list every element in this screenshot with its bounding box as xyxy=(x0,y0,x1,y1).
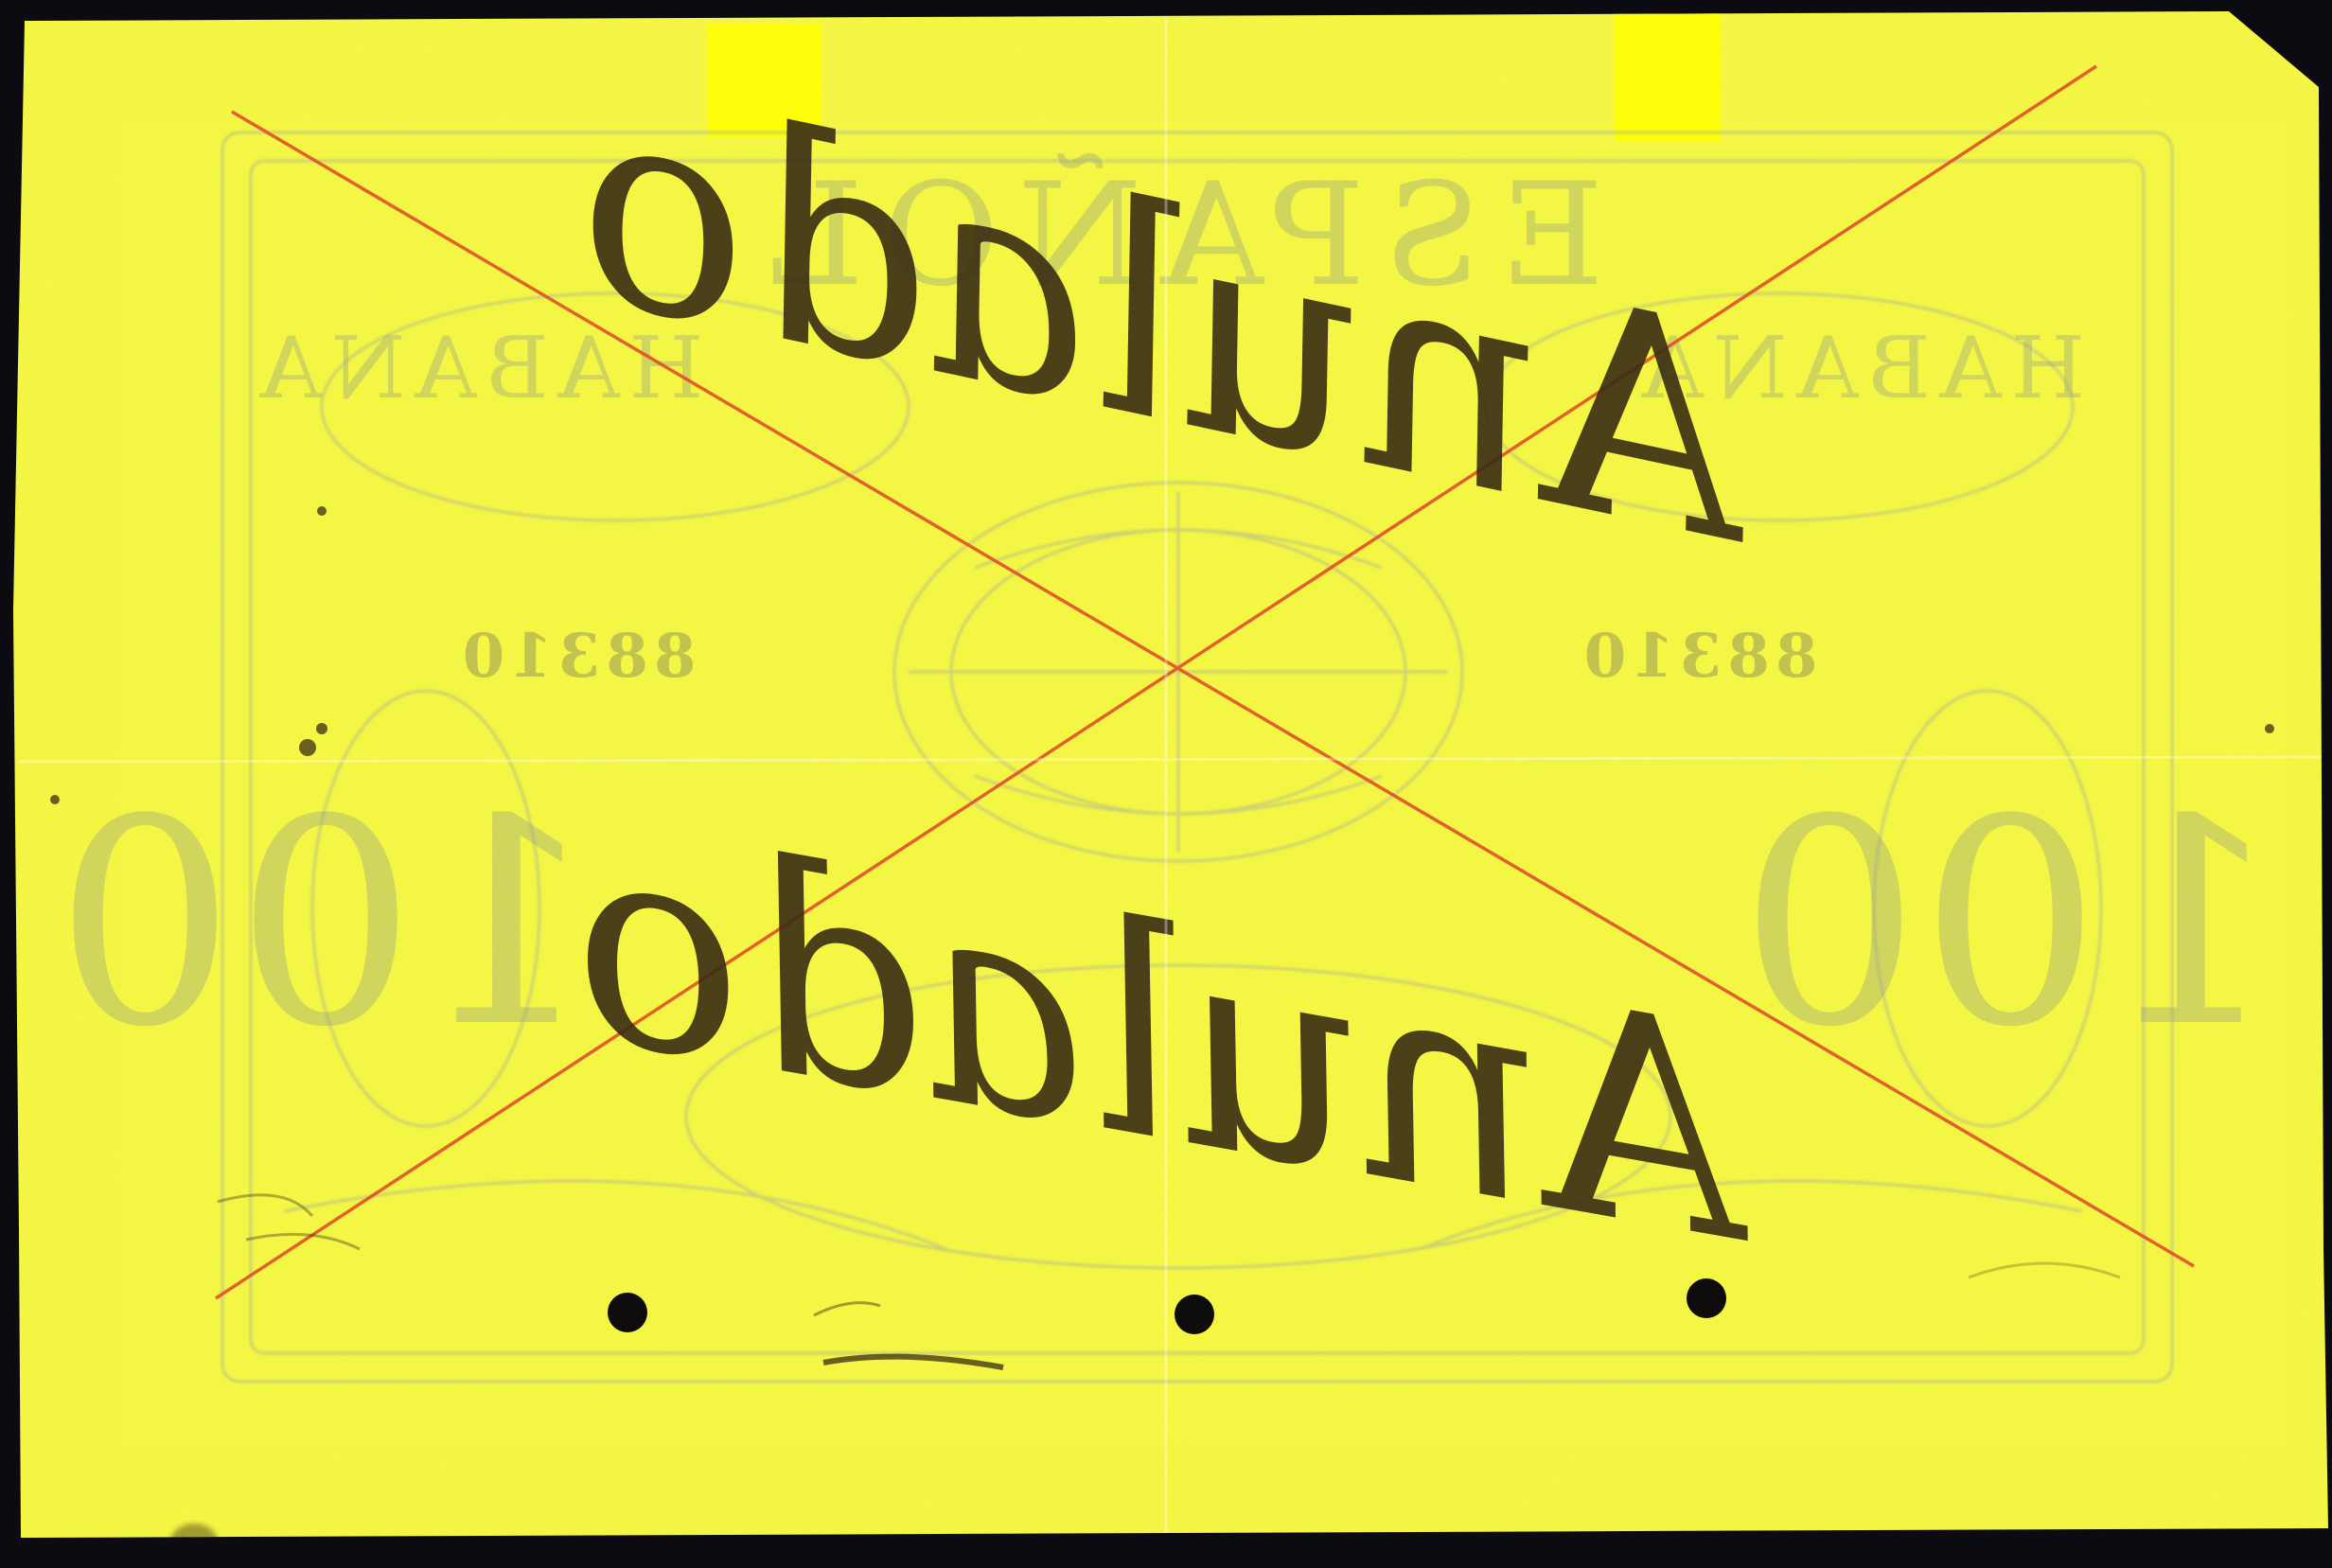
paper: ESPAÑOL HABANA HABANA 88310 88310 100 10… xyxy=(0,0,2332,1568)
tape-right xyxy=(1614,9,1720,142)
punch-hole-1 xyxy=(608,1293,647,1332)
punch-hole-3 xyxy=(1687,1278,1726,1318)
punch-hole-2 xyxy=(1175,1295,1214,1334)
mirrored-serial-right: 88310 xyxy=(457,621,697,692)
mirrored-denomination-right: 100 xyxy=(55,759,597,1089)
banknote-scan: ESPAÑOL HABANA HABANA 88310 88310 100 10… xyxy=(0,0,2332,1568)
mirrored-denomination-left: 100 xyxy=(1740,759,2282,1089)
mirrored-serial-left: 88310 xyxy=(1579,621,1818,692)
